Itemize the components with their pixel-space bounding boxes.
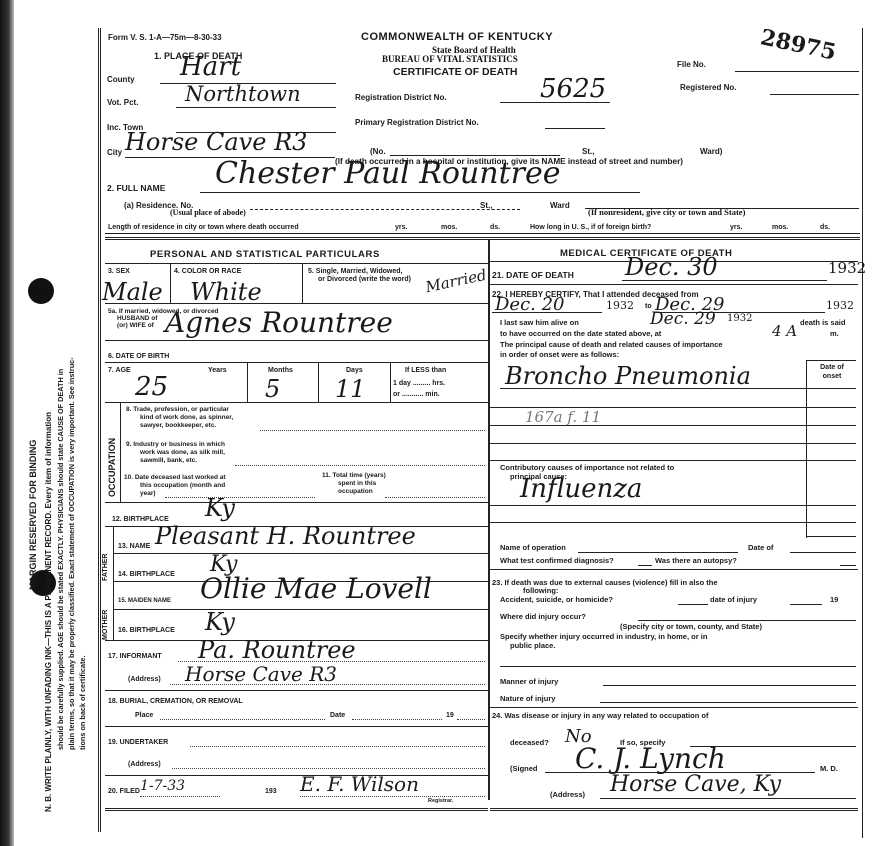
- date-of-onset-label: Date of onset: [812, 363, 852, 381]
- cause-line: [490, 425, 856, 426]
- divider: [105, 233, 860, 234]
- full-name-value: Chester Paul Rountree: [215, 156, 560, 191]
- nature-line: [600, 702, 856, 703]
- undertaker-address-line: [172, 768, 485, 769]
- operation-line: [578, 552, 738, 553]
- city-label: City: [107, 148, 122, 157]
- foreign-ds-label: ds.: [820, 224, 830, 231]
- ward-label: Ward): [700, 147, 722, 156]
- specify-whether-label-2: public place.: [510, 641, 555, 650]
- operation-label: Name of operation: [500, 543, 566, 552]
- test-line: [638, 565, 652, 566]
- vot-pct-value: Northtown: [185, 82, 301, 106]
- item8-line: [260, 430, 485, 431]
- center-divider: [488, 240, 490, 800]
- undertaker-address-label: (Address): [128, 761, 161, 768]
- father-name-label: 13. NAME: [118, 543, 150, 550]
- item9-label: 9. Industry or business in which: [126, 441, 225, 448]
- registrar-label: Registrar.: [428, 798, 453, 804]
- principal-cause-label-2: in order of onset were as follows:: [500, 350, 619, 359]
- accident-label: Accident, suicide, or homicide?: [500, 595, 613, 604]
- years-label: Years: [208, 367, 227, 374]
- item8-label: sawyer, bookkeeper, etc.: [140, 422, 216, 429]
- birthplace14-label: 14. BIRTHPLACE: [118, 571, 175, 578]
- file-no-label: File No.: [677, 60, 706, 69]
- physician-signature: C. J. Lynch: [575, 742, 726, 775]
- age-months-value: 5: [265, 375, 280, 403]
- occupation-side-divider: [120, 402, 121, 502]
- operation-date-line: [790, 552, 856, 553]
- residence-sublabel: (Usual place of abode): [170, 208, 246, 217]
- divider: [490, 808, 858, 811]
- divider: [105, 502, 488, 503]
- filed-value: 1-7-33: [140, 778, 185, 794]
- age-days-value: 11: [335, 375, 366, 403]
- margin-instructions-3: plain terms, so that it may be properly …: [67, 357, 76, 750]
- last-saw-year: 1932: [727, 313, 752, 324]
- manner-of-injury-label: Manner of injury: [500, 677, 558, 686]
- county-value: Hart: [180, 52, 241, 82]
- registrar-value: E. F. Wilson: [300, 772, 419, 796]
- residence-st-label: St.,: [480, 201, 492, 210]
- accident-line: [678, 604, 708, 605]
- divider: [806, 360, 856, 361]
- contributory-label-1: Contributory causes of importance not re…: [500, 463, 674, 472]
- primary-reg-line: [545, 128, 605, 129]
- registered-no-label: Registered No.: [680, 83, 736, 92]
- m-label: m.: [830, 329, 839, 338]
- item11-line: [385, 497, 485, 498]
- physician-address-value: Horse Cave, Ky: [610, 772, 781, 797]
- color-value: White: [190, 278, 262, 306]
- primary-cause-value: Broncho Pneumonia: [505, 362, 751, 390]
- burial-place-line: [160, 719, 325, 720]
- length-of-residence-label: Length of residence in city or town wher…: [108, 224, 299, 231]
- divider: [105, 775, 488, 776]
- item9-label: work was done, as silk mill,: [140, 449, 225, 456]
- nature-of-injury-label: Nature of injury: [500, 694, 555, 703]
- spouse-label-2: HUSBAND of: [117, 315, 157, 322]
- last-saw-value: Dec. 29: [650, 309, 716, 329]
- burial-date-line: [352, 719, 442, 720]
- divider: [105, 237, 860, 240]
- informant-address-value: Horse Cave R3: [185, 662, 337, 686]
- full-name-line: [200, 192, 640, 193]
- divider: [490, 284, 858, 285]
- days-label: Days: [346, 367, 363, 374]
- burial-year-label: 19: [446, 712, 454, 719]
- less-than-label-2: 1 day ......... hrs.: [393, 380, 445, 387]
- item11-label: spent in this: [338, 480, 376, 487]
- father-side-label: FATHER: [102, 554, 109, 581]
- filed-year-label: 193: [265, 788, 277, 795]
- filed-label: 20. FILED: [108, 788, 140, 795]
- certificate-title: CERTIFICATE OF DEATH: [393, 66, 517, 78]
- principal-cause-label-1: The principal cause of death and related…: [500, 340, 723, 349]
- external-following-label: following:: [523, 586, 558, 595]
- margin-instructions-4: tions on back of certificate.: [78, 656, 87, 750]
- burial-label: 18. BURIAL, CREMATION, OR REMOVAL: [108, 698, 243, 705]
- date-of-injury-label: date of injury: [710, 595, 757, 604]
- item11-label: occupation: [338, 488, 373, 495]
- scan-left-edge: [0, 0, 14, 846]
- operation-date-label: Date of: [748, 543, 773, 552]
- yrs-label: yrs.: [395, 224, 407, 231]
- margin-reserved-text: MARGIN RESERVED FOR BINDING: [28, 440, 38, 590]
- divider: [105, 362, 488, 363]
- st-label: St.,: [582, 147, 594, 156]
- autopsy-line: [840, 565, 856, 566]
- burial-year-line: [457, 719, 485, 720]
- physician-address-label: (Address): [550, 790, 585, 799]
- burial-place-label: Place: [135, 712, 153, 719]
- cause-line: [490, 505, 856, 506]
- item10-label: this occupation (month and: [140, 482, 225, 489]
- parents-side-divider: [113, 526, 114, 640]
- date-of-death-label: 21. DATE OF DEATH: [492, 270, 574, 280]
- item8-label: kind of work done, as spinner,: [140, 414, 233, 421]
- cell-divider: [318, 362, 319, 402]
- divider: [806, 536, 856, 537]
- md-label: M. D.: [820, 764, 838, 773]
- signed-label: (Signed: [510, 764, 538, 773]
- sex-label: 3. SEX: [108, 268, 130, 275]
- county-label: County: [107, 75, 135, 84]
- occurred-label: to have occurred on the date stated abov…: [500, 329, 661, 338]
- cell-divider: [247, 362, 248, 402]
- marital-label-2: or Divorced (write the word): [318, 276, 411, 283]
- father-name-value: Pleasant H. Rountree: [155, 522, 416, 550]
- informant-label: 17. INFORMANT: [108, 653, 162, 660]
- from-line: [492, 312, 602, 313]
- foreign-mos-label: mos.: [772, 224, 788, 231]
- months-label: Months: [268, 367, 293, 374]
- injury-year-label: 19: [830, 595, 838, 604]
- ds-label: ds.: [490, 224, 500, 231]
- item9-label: sawmill, bank, etc.: [140, 457, 197, 464]
- occupation-side-label: OCCUPATION: [107, 438, 117, 497]
- reg-district-value: 5625: [540, 74, 606, 104]
- filed-line: [140, 796, 220, 797]
- nonresident-note: (If nonresident, give city or town and S…: [588, 207, 745, 217]
- divider: [105, 263, 488, 264]
- specify-city-note: (Specify city or town, county, and State…: [620, 622, 762, 631]
- undertaker-label: 19. UNDERTAKER: [108, 739, 168, 746]
- spouse-label-3: (or) WIFE of: [117, 322, 154, 329]
- vot-pct-label: Vot. Pct.: [107, 98, 138, 107]
- marital-label-1: 5. Single, Married, Widowed,: [308, 268, 402, 275]
- cell-divider: [170, 263, 171, 303]
- binding-hole: [28, 278, 54, 304]
- test-confirmed-label: What test confirmed diagnosis?: [500, 556, 614, 565]
- sex-value: Male: [102, 278, 163, 306]
- specify-line: [500, 666, 856, 667]
- physician-address-line: [600, 798, 856, 799]
- item10-label: year): [140, 490, 156, 497]
- reg-district-label: Registration District No.: [355, 93, 447, 102]
- cause-line: [490, 443, 856, 444]
- cell-divider: [390, 362, 391, 402]
- divider: [105, 808, 488, 811]
- less-than-label-3: or ........... min.: [393, 391, 440, 398]
- age-label: 7. AGE: [108, 367, 131, 374]
- dob-label: 6. DATE OF BIRTH: [108, 353, 169, 360]
- cause-line: [490, 522, 856, 523]
- contributory-cause-value: Influenza: [520, 474, 642, 504]
- color-label: 4. COLOR OR RACE: [174, 268, 241, 275]
- cell-divider: [302, 263, 303, 303]
- margin-instructions-1: N. B. WRITE PLAINLY, WITH UNFADING INK—T…: [44, 412, 53, 812]
- no-label: (No.: [370, 147, 386, 156]
- divider: [105, 303, 488, 304]
- date-injury-line: [790, 604, 822, 605]
- secondary-cause-value: 167a f. 11: [525, 408, 601, 426]
- city-value: Horse Cave R3: [125, 128, 307, 156]
- mother-side-label: MOTHER: [102, 610, 109, 640]
- divider: [105, 402, 488, 403]
- birthplace12-value: Ky: [205, 494, 235, 522]
- less-than-label-1: If LESS than: [405, 367, 446, 374]
- divider: [113, 553, 488, 554]
- date-of-death-value: Dec. 30: [625, 253, 718, 281]
- where-line: [638, 620, 856, 621]
- from-year: 1932: [606, 299, 634, 312]
- vot-pct-line: [176, 107, 336, 108]
- divider: [105, 690, 488, 691]
- margin-instructions-2: should be carefully supplied. AGE should…: [56, 369, 65, 750]
- autopsy-label: Was there an autopsy?: [655, 556, 737, 565]
- file-no-line: [735, 71, 859, 72]
- birthplace16-value: Ky: [205, 608, 235, 636]
- occupation-related-label: 24. Was disease or injury in any way rel…: [492, 711, 708, 720]
- commonwealth-heading: COMMONWEALTH OF KENTUCKY: [361, 31, 553, 43]
- specify-whether-label-1: Specify whether injury occurred in indus…: [500, 632, 707, 641]
- residence-ward-label: Ward: [550, 201, 570, 210]
- item8-label: 8. Trade, profession, or particular: [126, 406, 229, 413]
- primary-reg-label: Primary Registration District No.: [355, 118, 479, 127]
- time-value: 4 A: [772, 322, 797, 340]
- maiden-name-label: 15. MAIDEN NAME: [118, 598, 171, 604]
- item11-label: 11. Total time (years): [322, 472, 386, 479]
- foreign-yrs-label: yrs.: [730, 224, 742, 231]
- date-of-death-year: 1932: [828, 259, 866, 277]
- informant-address-label: (Address): [128, 676, 161, 683]
- registered-no-line: [770, 94, 859, 95]
- undertaker-line: [190, 746, 485, 747]
- last-saw-label: I last saw him alive on: [500, 318, 579, 327]
- manner-line: [603, 685, 856, 686]
- personal-heading: PERSONAL AND STATISTICAL PARTICULARS: [150, 249, 380, 260]
- where-injury-label: Where did injury occur?: [500, 612, 586, 621]
- deceased-label: deceased?: [510, 738, 549, 747]
- to-year: 1932: [826, 299, 854, 312]
- full-name-label: 2. FULL NAME: [107, 183, 165, 193]
- maiden-name-value: Ollie Mae Lovell: [200, 572, 432, 605]
- item10-line: [165, 497, 315, 498]
- divider: [490, 569, 858, 570]
- divider: [105, 340, 488, 341]
- mos-label: mos.: [441, 224, 457, 231]
- spouse-value: Agnes Rountree: [165, 306, 393, 339]
- burial-date-label: Date: [330, 712, 345, 719]
- onset-column-divider: [806, 360, 807, 538]
- frame-right: [862, 28, 863, 838]
- cause-line: [490, 460, 856, 461]
- bureau-heading: BUREAU OF VITAL STATISTICS: [382, 54, 518, 64]
- form-number: Form V. S. 1-A—75m—8-30-33: [108, 33, 222, 42]
- age-years-value: 25: [135, 372, 168, 402]
- foreign-birth-label: How long in U. S., if of foreign birth?: [530, 224, 651, 231]
- registrar-line: [300, 796, 485, 797]
- death-said-label: death is said: [800, 318, 845, 327]
- item9-line: [235, 465, 485, 466]
- informant-value: Pa. Rountree: [198, 636, 356, 664]
- birthplace16-label: 16. BIRTHPLACE: [118, 627, 175, 634]
- item10-label: 10. Date deceased last worked at: [124, 474, 226, 481]
- divider: [113, 609, 488, 610]
- divider: [105, 726, 488, 727]
- divider: [490, 707, 858, 708]
